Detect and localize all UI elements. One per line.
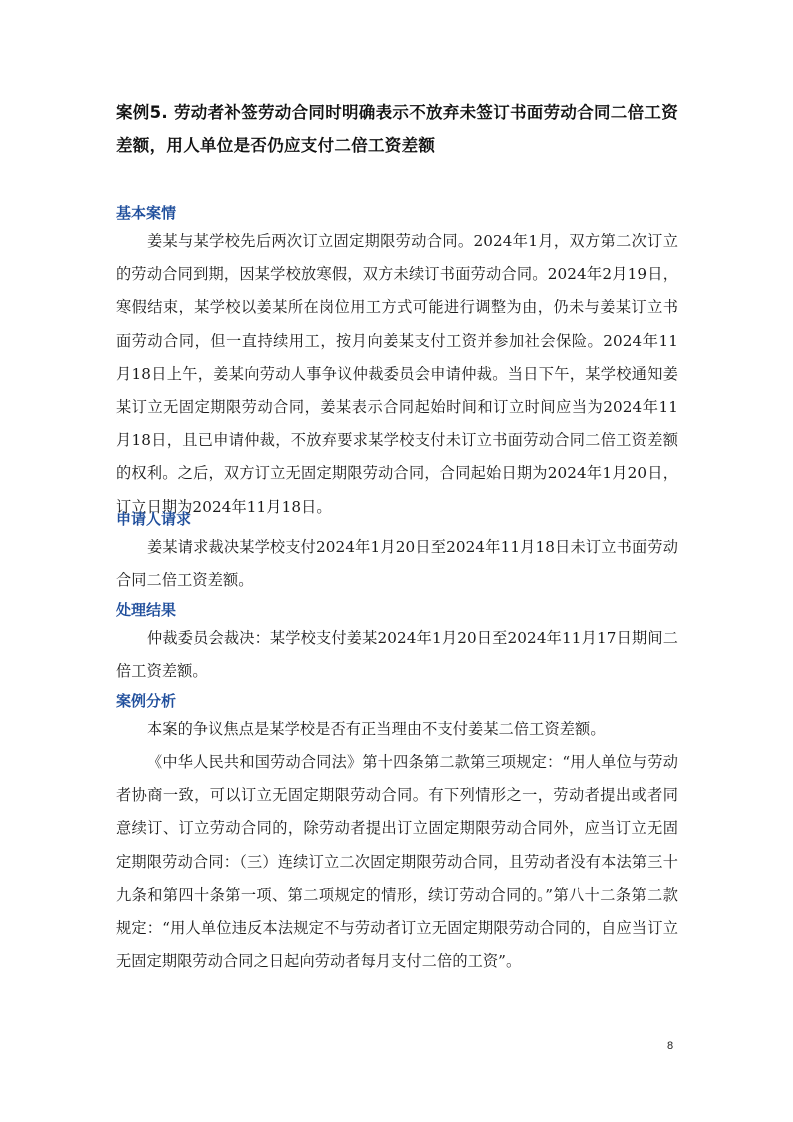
heading-basic-facts: 基本案情	[116, 203, 176, 223]
paragraph-applicant-request: 姜某请求裁决某学校支付2024年1月20日至2024年11月18日未订立书面劳动…	[116, 531, 678, 597]
paragraph-basic-facts: 姜某与某学校先后两次订立固定期限劳动合同。2024年1月，双方第二次订立的劳动合…	[116, 225, 678, 524]
case-title: 案例5. 劳动者补签劳动合同时明确表示不放弃未签订书面劳动合同二倍工资差额，用人…	[116, 96, 678, 162]
page-number: 8	[667, 1040, 673, 1052]
heading-result: 处理结果	[116, 600, 176, 620]
heading-analysis: 案例分析	[116, 691, 176, 711]
heading-applicant-request: 申请人请求	[116, 509, 191, 529]
paragraph-analysis-2: 《中华人民共和国劳动合同法》第十四条第二款第三项规定：“用人单位与劳动者协商一致…	[116, 746, 678, 978]
paragraph-result: 仲裁委员会裁决：某学校支付姜某2024年1月20日至2024年11月17日期间二…	[116, 622, 678, 688]
paragraph-analysis-1: 本案的争议焦点是某学校是否有正当理由不支付姜某二倍工资差额。	[116, 713, 678, 746]
